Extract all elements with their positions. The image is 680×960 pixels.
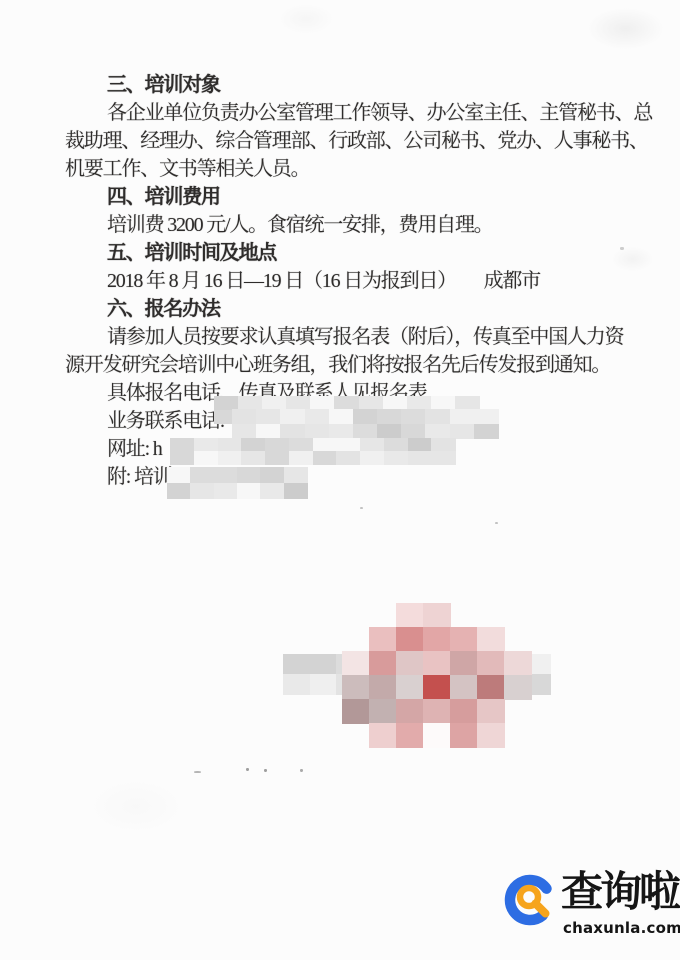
pixelated-band bbox=[283, 654, 550, 694]
mosaic-cell bbox=[342, 675, 370, 700]
mosaic-cell bbox=[417, 674, 444, 695]
doc-heading-line: 四、培训费用 bbox=[65, 183, 649, 211]
doc-heading-line: 三、培训对象 bbox=[65, 71, 649, 99]
scan-speck bbox=[300, 769, 303, 772]
mosaic-cell bbox=[423, 699, 451, 724]
document-body-text: 三、培训对象各企业单位负责办公室管理工作领导、办公室主任、主管秘书、总裁助理、经… bbox=[65, 71, 649, 491]
mosaic-cell bbox=[443, 654, 470, 675]
scanned-document-page: 三、培训对象各企业单位负责办公室管理工作领导、办公室主任、主管秘书、总裁助理、经… bbox=[0, 0, 680, 960]
mosaic-cell bbox=[369, 651, 397, 676]
mosaic-cell bbox=[283, 674, 310, 695]
mosaic-cell bbox=[523, 674, 550, 695]
watermark-domain-text: chaxunla.com bbox=[563, 919, 680, 937]
mosaic-cell bbox=[417, 654, 444, 675]
logo-blue-ring bbox=[504, 873, 558, 928]
doc-text-line: 培训费 3200 元/人。食宿统一安排，费用自理。 bbox=[65, 211, 649, 239]
doc-text-line: 各企业单位负责办公室管理工作领导、办公室主任、主管秘书、总 bbox=[65, 99, 649, 127]
mosaic-cell bbox=[396, 675, 424, 700]
mosaic-cell bbox=[423, 627, 451, 652]
scan-speck bbox=[264, 769, 267, 772]
logo-magnifier-handle bbox=[536, 904, 546, 914]
mosaic-cell bbox=[423, 723, 451, 748]
mosaic-cell bbox=[363, 674, 390, 695]
watermark-brand-text: 查询啦 bbox=[561, 869, 680, 917]
mosaic-cell bbox=[396, 651, 424, 676]
mosaic-cell bbox=[390, 654, 417, 675]
mosaic-cell bbox=[369, 627, 397, 652]
mosaic-cell bbox=[369, 699, 397, 724]
mosaic-cell bbox=[497, 654, 524, 675]
mosaic-cell bbox=[477, 627, 505, 652]
pixelated-stamp bbox=[342, 603, 531, 747]
doc-text-line: 2018 年 8 月 16 日—19 日（16 日为报到日） 成都市 bbox=[65, 267, 649, 295]
mosaic-cell bbox=[470, 674, 497, 695]
doc-text-line: 裁助理、经理办、综合管理部、行政部、公司秘书、党办、人事秘书、 bbox=[65, 127, 649, 155]
mosaic-cell bbox=[396, 723, 424, 748]
mosaic-cell bbox=[477, 675, 505, 700]
mosaic-cell bbox=[369, 723, 397, 748]
mosaic-cell bbox=[423, 675, 451, 700]
mosaic-cell bbox=[443, 674, 470, 695]
mosaic-cell bbox=[423, 651, 451, 676]
scan-speck bbox=[360, 507, 363, 509]
scan-speck bbox=[194, 771, 201, 773]
mosaic-cell bbox=[450, 699, 478, 724]
mosaic-cell bbox=[504, 675, 532, 700]
mosaic-cell bbox=[396, 699, 424, 724]
doc-text-line: 源开发研究会培训中心班务组，我们将按报名先后传发报到通知。 bbox=[65, 351, 649, 379]
mosaic-cell bbox=[336, 654, 363, 675]
doc-text-line: 具体报名电话、传真及联系人见报名表. bbox=[65, 379, 649, 407]
mosaic-cell bbox=[342, 651, 370, 676]
mosaic-cell bbox=[396, 627, 424, 652]
mosaic-cell bbox=[390, 674, 417, 695]
mosaic-cell bbox=[342, 699, 370, 724]
mosaic-cell bbox=[396, 603, 424, 628]
mosaic-cell bbox=[363, 654, 390, 675]
magnifier-logo-icon bbox=[504, 873, 560, 931]
mosaic-cell bbox=[477, 723, 505, 748]
mosaic-cell bbox=[450, 675, 478, 700]
doc-text-line: 请参加人员按要求认真填写报名表（附后），传真至中国人力资 bbox=[65, 323, 649, 351]
mosaic-cell bbox=[423, 603, 451, 628]
mosaic-cell bbox=[477, 699, 505, 724]
mosaic-cell bbox=[504, 651, 532, 676]
scan-speck bbox=[246, 768, 249, 771]
doc-text-line: 网址: h bbox=[65, 435, 649, 463]
mosaic-cell bbox=[283, 654, 310, 675]
mosaic-cell bbox=[470, 654, 497, 675]
doc-heading-line: 五、培训时间及地点 bbox=[65, 239, 649, 267]
mosaic-cell bbox=[450, 627, 478, 652]
doc-text-line: 业务联系电话: bbox=[65, 407, 649, 435]
mosaic-cell bbox=[450, 651, 478, 676]
mosaic-cell bbox=[336, 674, 363, 695]
mosaic-cell bbox=[523, 654, 550, 675]
doc-text-line: 机要工作、文书等相关人员。 bbox=[65, 155, 649, 183]
chaxunla-watermark: 查询啦 chaxunla.com bbox=[504, 871, 678, 945]
mosaic-cell bbox=[450, 723, 478, 748]
mosaic-cell bbox=[369, 675, 397, 700]
mosaic-cell bbox=[477, 651, 505, 676]
mosaic-cell bbox=[497, 674, 524, 695]
doc-text-line: 附: 培训 bbox=[65, 463, 649, 491]
mosaic-cell bbox=[310, 654, 337, 675]
mosaic-cell bbox=[310, 674, 337, 695]
doc-heading-line: 六、报名办法 bbox=[65, 295, 649, 323]
scan-speck bbox=[495, 522, 498, 524]
